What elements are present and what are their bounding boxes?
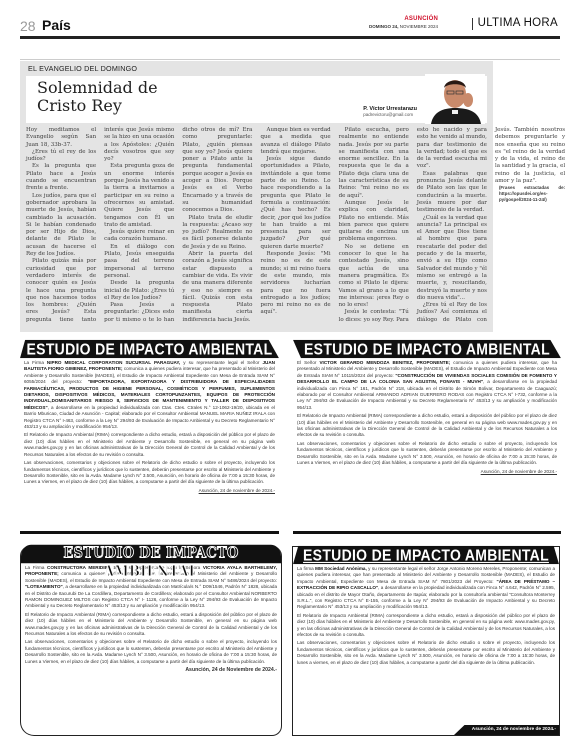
edition-city: ASUNCIÓN (404, 16, 438, 22)
page-number: 28 (20, 18, 36, 34)
author-portrait-icon (425, 74, 485, 124)
notice-banner: ESTUDIO DE IMPACTO AMBIENTAL (293, 340, 561, 358)
legal-notice-mm: ESTUDIO DE IMPACTO AMBIENTAL La firma MM… (292, 546, 560, 736)
notice-body: La Firma NIPRO MEDICAL CORPORATION SUCUR… (20, 357, 279, 486)
section-title: País (42, 17, 71, 33)
notice-banner: ESTUDIO DE IMPACTO AMBIENTAL (20, 340, 279, 358)
edition-date: DOMINGO 24, NOVIEMBRE 2024 (369, 24, 438, 29)
article-kicker: EL EVANGELIO DEL DOMINGO (28, 64, 137, 73)
notice-signature: Asunción, 24 de noviembre de 2024.- (20, 488, 279, 493)
legal-notice-mendoza: ESTUDIO DE IMPACTO AMBIENTAL El Señor VI… (293, 341, 561, 534)
notice-body: La firma MM Sociedad Anónima, y su repre… (293, 563, 559, 666)
gospel-article: EL EVANGELIO DEL DOMINGO Solemnidad de C… (20, 61, 493, 332)
article-source: (Frases extractadas de: https://opusdei.… (495, 185, 565, 203)
notice-bottom-rule (20, 531, 279, 534)
notice-banner: ESTUDIO DE IMPACTO AMBIENTAL (21, 545, 281, 563)
article-title-box: Solemnidad de Cristo Rey P. Víctor Urres… (26, 76, 487, 123)
author-photo (425, 74, 485, 124)
author-email: padrevictoru@gmail.com (363, 112, 417, 117)
newspaper-brand: ULTIMA HORA (478, 17, 558, 29)
legal-notice-meridien: ESTUDIO DE IMPACTO AMBIENTAL La Firma CO… (20, 546, 282, 736)
article-title: Solemnidad de Cristo Rey (37, 79, 158, 115)
notice-signature: Asunción, 24 de Noviembre de 2024.- (21, 667, 281, 673)
notice-body: El Señor VICTOR GERARDO MENDOZA BENITEZ,… (293, 357, 561, 467)
notice-banner: ESTUDIO DE IMPACTO AMBIENTAL (293, 546, 559, 564)
notice-signature: Asunción, 24 de noviembre de 2024.- (293, 469, 561, 474)
page-header: 28 País ASUNCIÓN DOMINGO 24, NOVIEMBRE 2… (20, 12, 560, 46)
notice-signature: Asunción, 24 de noviembre de 2024.- (454, 725, 559, 735)
notice-bottom-rule (293, 531, 561, 534)
header-rule (20, 36, 560, 39)
legal-notice-nipro: ESTUDIO DE IMPACTO AMBIENTAL La Firma NI… (20, 341, 279, 534)
article-body: Hoy meditamos el Evangelio según San Jua… (26, 127, 487, 327)
header-subrule (20, 59, 560, 60)
article-byline: P. Víctor Urrestarazu padrevictoru@gmail… (363, 106, 417, 117)
